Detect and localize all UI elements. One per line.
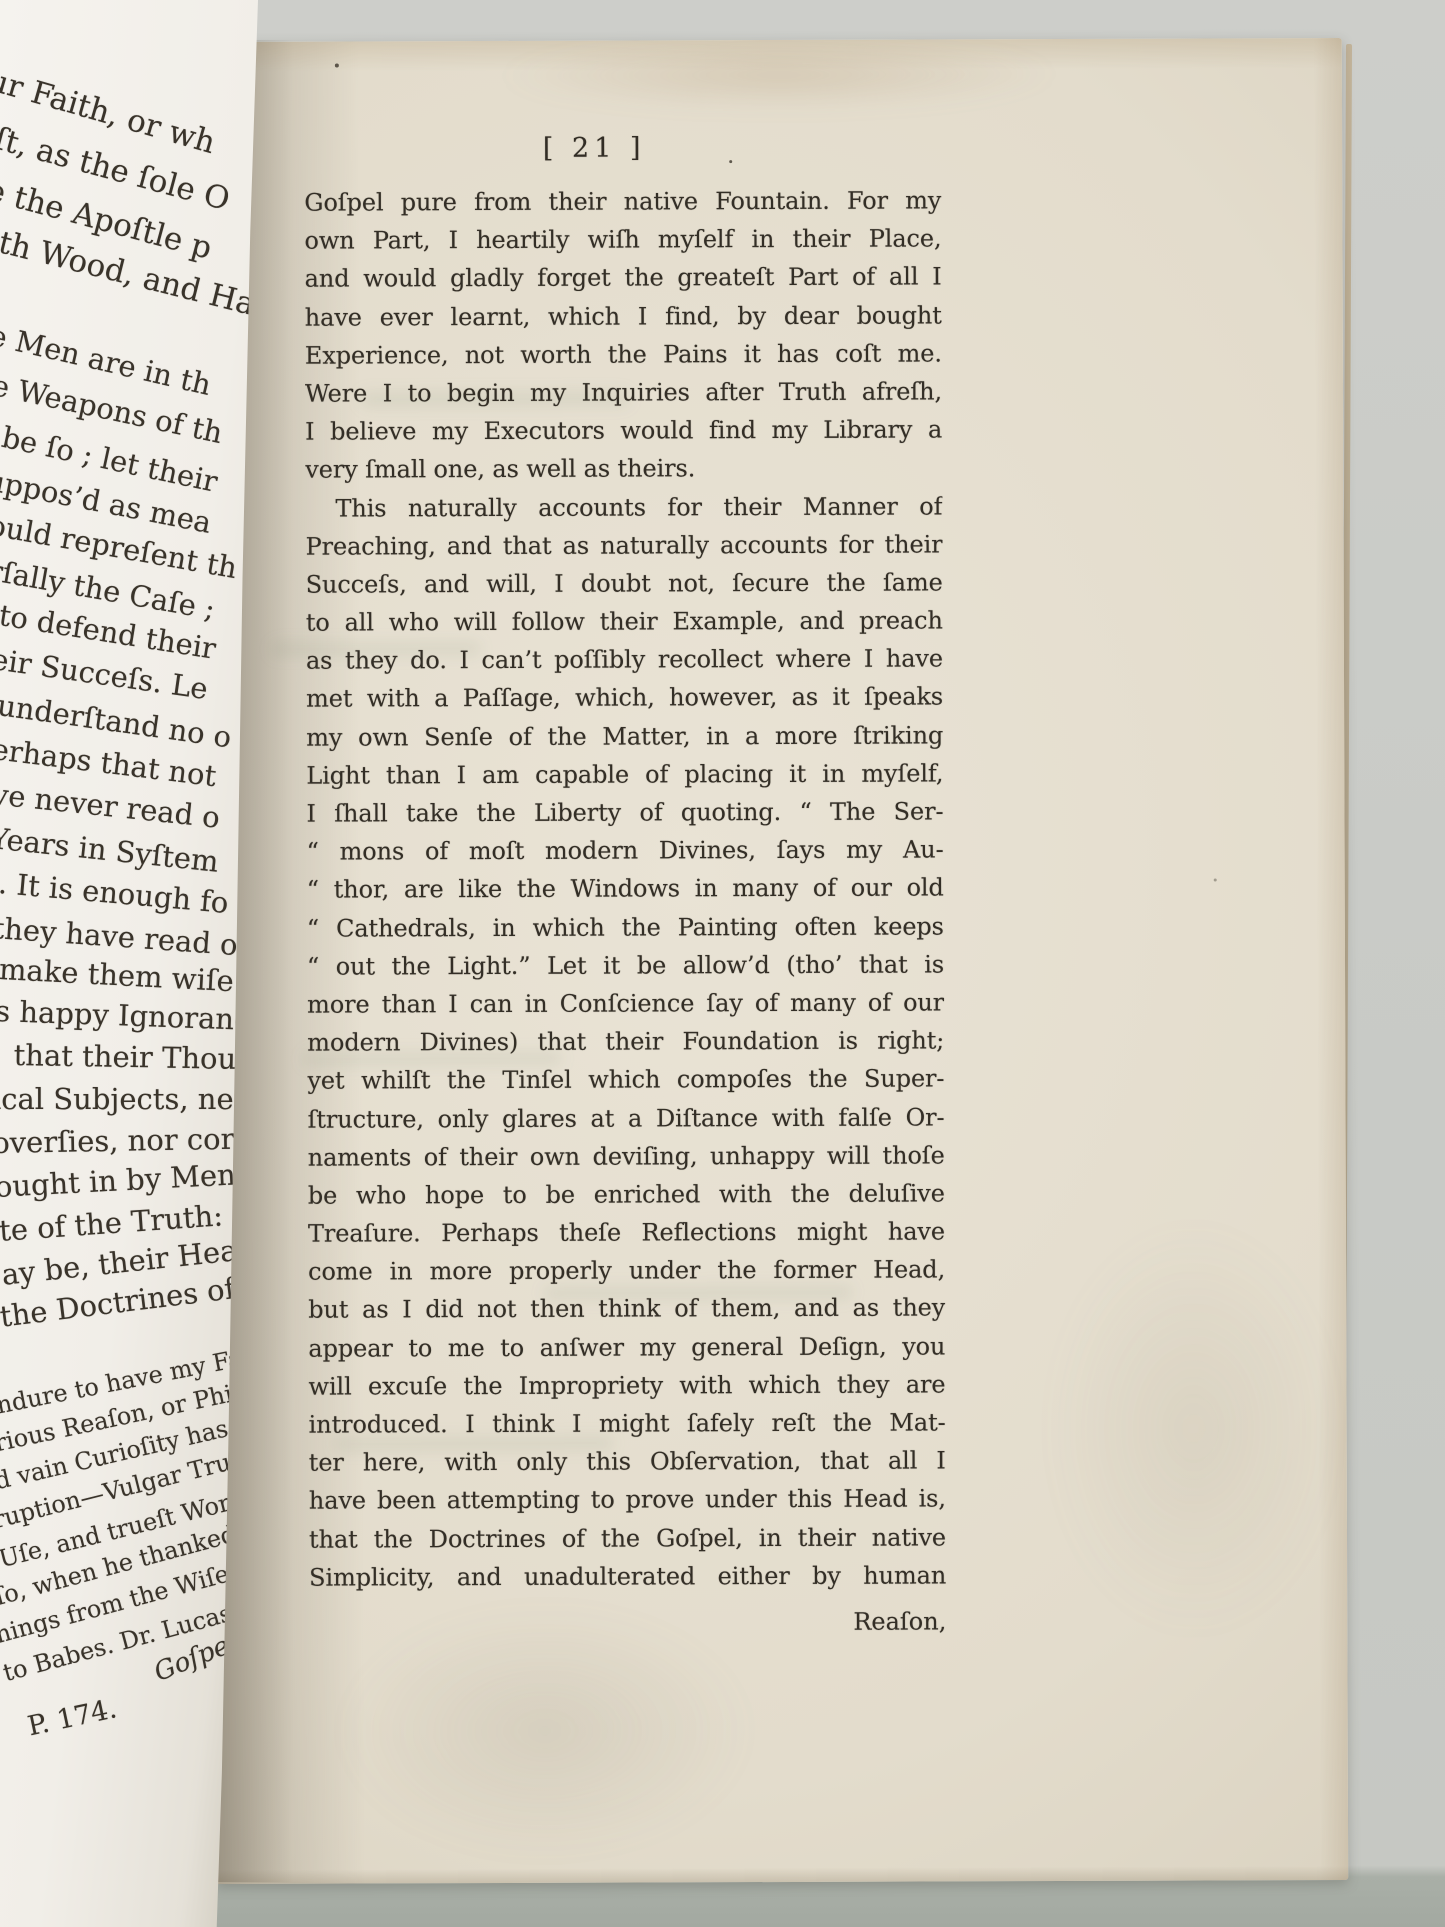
text-line: This naturally accounts for their Manner… [305,487,942,527]
text-line: appear to me to anſwer my general Deſign… [308,1327,945,1367]
text-line: Experience, not worth the Pains it has c… [305,334,942,374]
catchword: Reaſon, [309,1602,946,1642]
text-line: my own Senſe of the Matter, in a more ſt… [306,716,943,756]
text-line: ter here, with only this Obſervation, th… [309,1442,946,1482]
page-text-fragment: s happy Ignorance i [0,994,258,1038]
text-line: Treaſure. Perhaps theſe Reflections migh… [308,1212,945,1252]
body-text: Goſpel pure from their native Fountain. … [304,181,946,1596]
text-line: as they do. I can’t poſſibly recollect w… [306,640,943,680]
book-photograph: [ 21 ] Goſpel pure from their native Fou… [0,0,1445,1927]
text-line: very ſmall one, as well as theirs. [305,449,942,489]
text-line: to all who will follow their Example, an… [306,601,943,641]
text-line: come in more properly under the former H… [308,1251,945,1291]
page-number: [ 21 ] [304,132,884,165]
text-line: Simplicity, and unadulterated either by … [309,1556,946,1596]
text-line: have been attempting to prove under this… [309,1480,946,1520]
text-line: Light than I am capable of placing it in… [306,754,943,794]
text-line: introduced. I think I might ſafely reſt … [309,1403,946,1443]
page-text-fragment: P. 174. [25,1693,119,1742]
page-text-fragment: ical Subjects, nei [0,1082,243,1116]
text-line: naments of their own deviſing, unhappy w… [308,1136,945,1176]
text-line: have ever learnt, which I find, by dear … [305,296,942,336]
paper-speck [1214,878,1217,881]
text-line: “ mons of moſt modern Divines, ſays my A… [307,831,944,871]
text-line: met with a Paſſage, which, however, as i… [306,678,943,718]
text-line: Goſpel pure from their native Fountain. … [304,181,941,221]
text-line: ſtructure, only glares at a Diſtance wit… [307,1098,944,1138]
page-text-fragment: ought in by Men [0,1157,237,1204]
paper-stain [499,39,1059,111]
text-line: I believe my Executors would find my Lib… [305,411,942,451]
text-line: more than I can in Conſcience ſay of man… [307,983,944,1023]
text-line: be who hope to be enriched with the delu… [308,1174,945,1214]
text-line: that the Doctrines of the Goſpel, in the… [309,1518,946,1558]
text-line: but as I did not then think of them, and… [308,1289,945,1329]
page-text-fragment: overſies, nor corrupt [0,1121,258,1160]
text-line: I ſhall take the Liberty of quoting. “ T… [306,792,943,832]
text-line: Preaching, and that as naturally account… [305,525,942,565]
book-page-recto: [ 21 ] Goſpel pure from their native Fou… [209,38,1348,1884]
paper-speck [335,64,339,68]
text-line: Were I to begin my Inquiries after Truth… [305,372,942,412]
page-text-fragment: that their Though [13,1038,258,1077]
text-line: “ Cathedrals, in which the Painting ofte… [307,907,944,947]
text-line: modern Divines) that their Foundation is… [307,1022,944,1062]
text-line: own Part, I heartily wiſh myſelf in thei… [304,220,941,260]
text-line: will excuſe the Impropriety with which t… [308,1365,945,1405]
text-line: and would gladly forget the greateſt Par… [305,258,942,298]
book-page-verso-curled: ur Faith, or whiſt, as the ſole Oe the A… [0,0,258,1927]
catchword-row: Reaſon, [309,1598,946,1642]
text-line: “ thor, are like the Windows in many of … [307,869,944,909]
text-line: yet whilſt the Tinſel which compoſes the… [307,1060,944,1100]
text-line: “ out the Light.” Let it be allow’d (tho… [307,945,944,985]
text-line: Succeſs, and will, I doubt not, ſecure t… [306,563,943,603]
paper-stain [1043,1218,1344,1639]
